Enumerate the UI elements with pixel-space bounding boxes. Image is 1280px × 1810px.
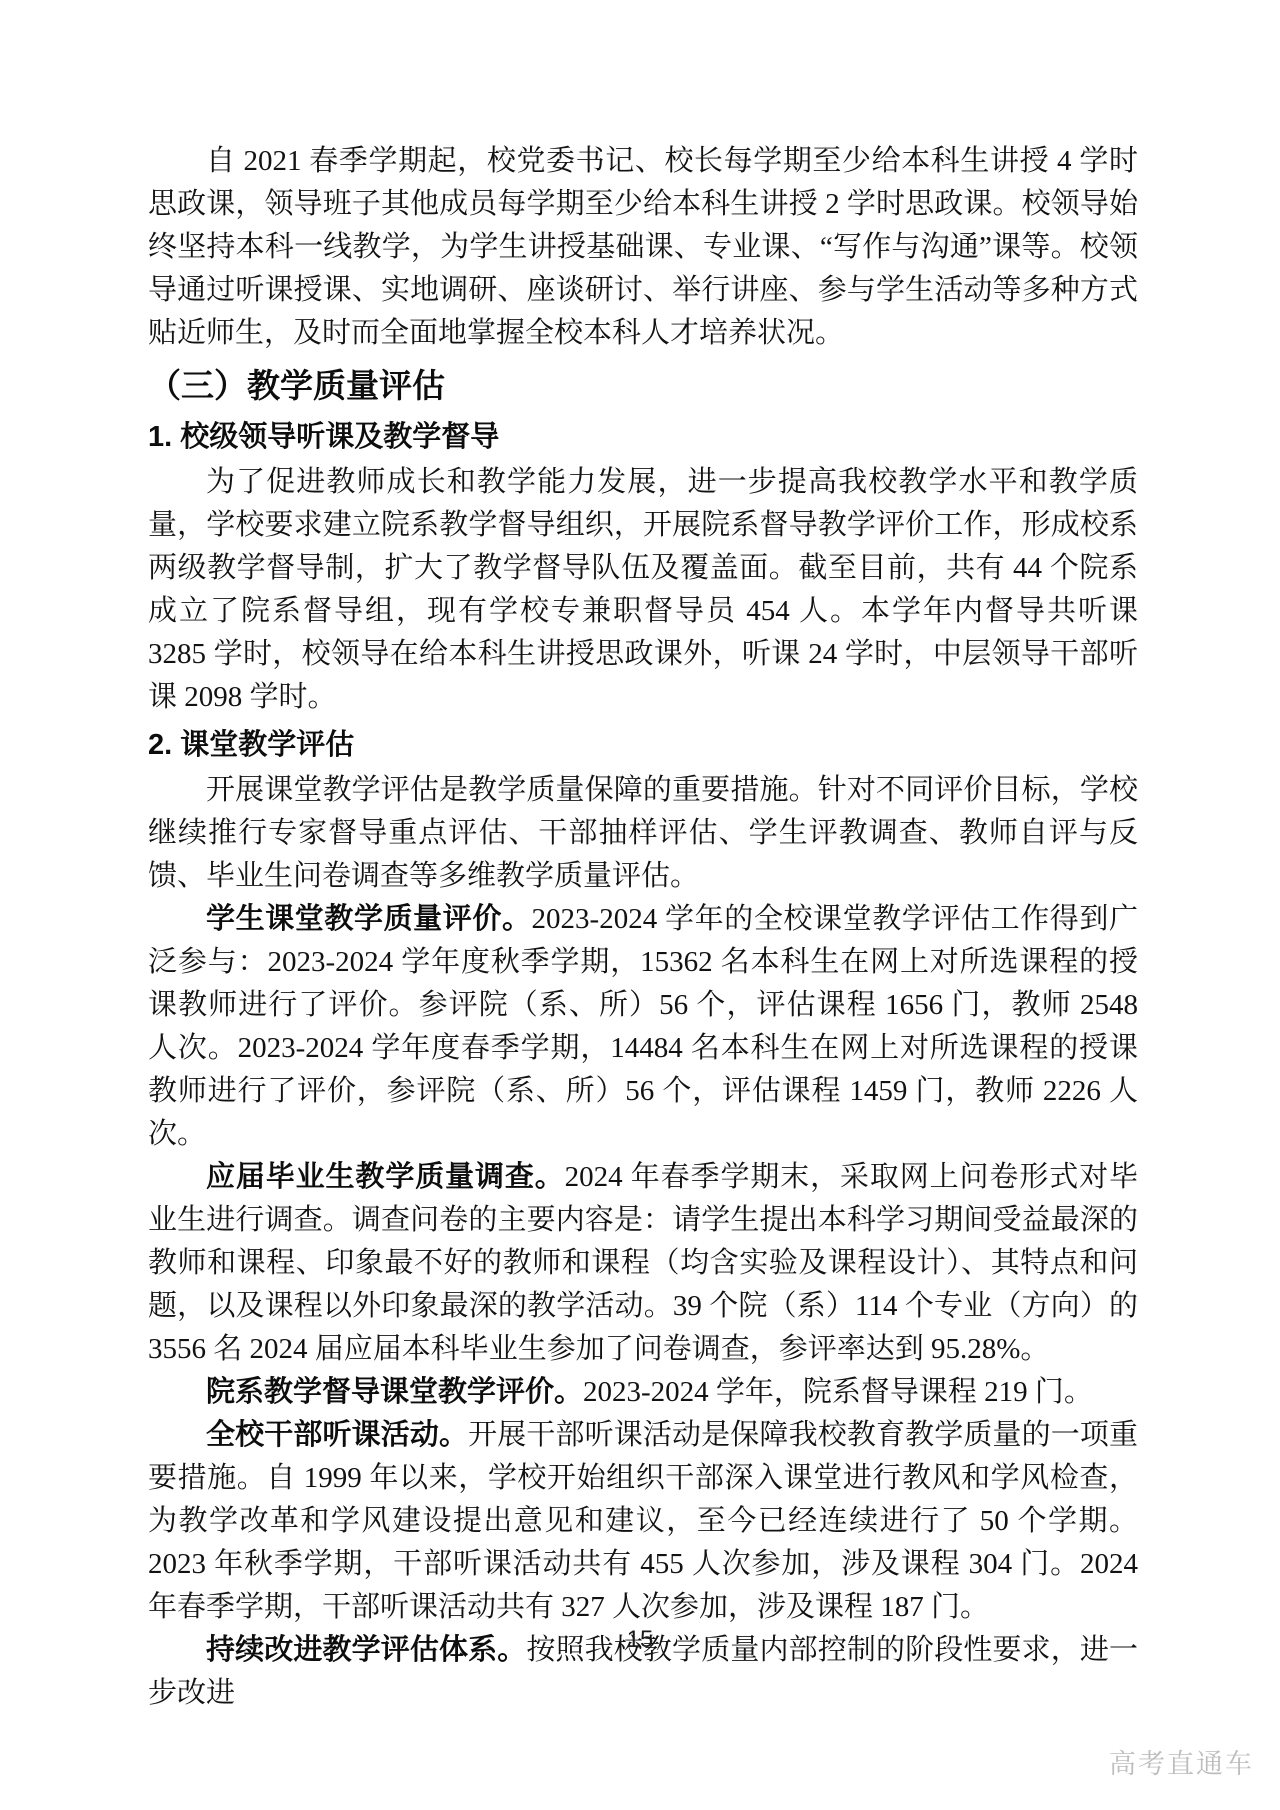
paragraph: 学生课堂教学质量评价。2023-2024 学年的全校课堂教学评估工作得到广泛参与… bbox=[148, 898, 1138, 1156]
document-body: 自 2021 春季学期起，校党委书记、校长每学期至少给本科生讲授 4 学时思政课… bbox=[148, 140, 1138, 1715]
paragraph-lead: 学生课堂教学质量评价。 bbox=[206, 903, 532, 935]
section-heading: （三）教学质量评估 bbox=[148, 363, 1138, 409]
paragraph: 应届毕业生教学质量调查。2024 年春季学期末，采取网上问卷形式对毕业生进行调查… bbox=[148, 1156, 1138, 1371]
page-number: 15 bbox=[0, 1625, 1280, 1655]
paragraph: 院系教学督导课堂教学评价。2023-2024 学年，院系督导课程 219 门。 bbox=[148, 1371, 1138, 1414]
paragraph-lead: 应届毕业生教学质量调查。 bbox=[206, 1161, 565, 1193]
document-page: 自 2021 春季学期起，校党委书记、校长每学期至少给本科生讲授 4 学时思政课… bbox=[0, 0, 1280, 1810]
paragraph: 为了促进教师成长和教学能力发展，进一步提高我校教学水平和教学质量，学校要求建立院… bbox=[148, 461, 1138, 719]
paragraph: 全校干部听课活动。开展干部听课活动是保障我校教育教学质量的一项重要措施。自 19… bbox=[148, 1414, 1138, 1629]
paragraph-lead: 全校干部听课活动。 bbox=[206, 1419, 468, 1451]
paragraph: 开展课堂教学评估是教学质量保障的重要措施。针对不同评价目标，学校继续推行专家督导… bbox=[148, 769, 1138, 898]
paragraph: 自 2021 春季学期起，校党委书记、校长每学期至少给本科生讲授 4 学时思政课… bbox=[148, 140, 1138, 355]
subsection-heading: 2. 课堂教学评估 bbox=[148, 723, 1138, 767]
watermark-text: 高考直通车 bbox=[1109, 1748, 1254, 1780]
subsection-heading: 1. 校级领导听课及教学督导 bbox=[148, 415, 1138, 459]
paragraph-lead: 院系教学督导课堂教学评价。 bbox=[206, 1376, 583, 1408]
